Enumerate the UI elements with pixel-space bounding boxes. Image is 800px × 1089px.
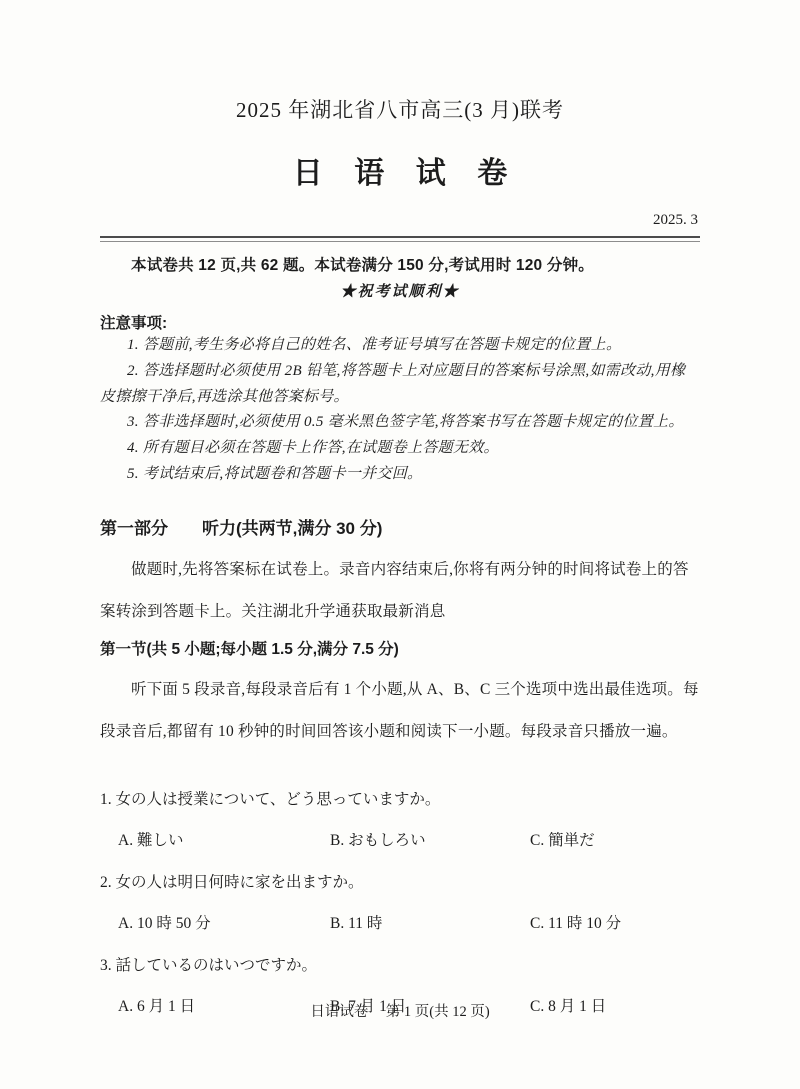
part1-title: 听力(共两节,满分 30 分) (202, 519, 382, 538)
question-1-option-b: B. おもしろい (330, 828, 530, 850)
question-1-options: A. 難しい B. おもしろい C. 簡単だ (100, 828, 700, 850)
notice-item-3: 3. 答非选择题时,必须使用 0.5 毫米黑色签字笔,将答案书写在答题卡规定的位… (100, 410, 700, 436)
section1-heading: 第一节(共 5 小题;每小题 1.5 分,满分 7.5 分) (100, 637, 700, 659)
header-divider (100, 236, 700, 242)
notice-item-5: 5. 考试结束后,将试题卷和答题卡一并交回。 (100, 462, 700, 488)
question-1-option-c: C. 簡単だ (530, 828, 700, 850)
notice-item-2: 2. 答选择题时必须使用 2B 铅笔,将答题卡上对应题目的答案标号涂黑,如需改动… (100, 359, 700, 411)
question-2-option-c: C. 11 時 10 分 (530, 911, 700, 933)
exam-paper-page: 2025 年湖北省八市高三(3 月)联考 日 语 试 卷 2025. 3 本试卷… (0, 0, 800, 1089)
notice-item-1: 1. 答题前,考生务必将自己的姓名、准考证号填写在答题卡规定的位置上。 (100, 333, 700, 359)
exam-summary: 本试卷共 12 页,共 62 题。本试卷满分 150 分,考试用时 120 分钟… (100, 253, 700, 275)
question-1-stem: 1. 女の人は授業について、どう思っていますか。 (100, 787, 700, 809)
exam-title: 2025 年湖北省八市高三(3 月)联考 (100, 94, 700, 124)
part1-label: 第一部分 (100, 519, 168, 538)
question-2-stem: 2. 女の人は明日何時に家を出ますか。 (100, 870, 700, 892)
footer-page-info: 第 1 页(共 12 页) (386, 1004, 490, 1020)
part1-intro: 做题时,先将答案标在试卷上。录音内容结束后,你将有两分钟的时间将试卷上的答案转涂… (100, 549, 700, 633)
notice-item-4: 4. 所有题目必须在答题卡上作答,在试题卷上答题无效。 (100, 436, 700, 462)
question-list: 1. 女の人は授業について、どう思っていますか。 A. 難しい B. おもしろい… (100, 787, 700, 1016)
footer-doc-name: 日语试卷 (310, 1004, 368, 1020)
question-3-stem: 3. 話しているのはいつですか。 (100, 953, 700, 975)
exam-wish-line: ★祝考试顺利★ (100, 280, 700, 301)
page-footer: 日语试卷第 1 页(共 12 页) (0, 1000, 800, 1021)
part1-heading: 第一部分听力(共两节,满分 30 分) (100, 514, 700, 539)
notice-heading: 注意事项: (100, 311, 700, 333)
exam-date: 2025. 3 (100, 212, 700, 229)
section1-intro: 听下面 5 段录音,每段录音后有 1 个小题,从 A、B、C 三个选项中选出最佳… (100, 669, 700, 753)
question-2-options: A. 10 時 50 分 B. 11 時 C. 11 時 10 分 (100, 911, 700, 933)
question-2-option-b: B. 11 時 (330, 911, 530, 933)
exam-subject-title: 日 语 试 卷 (100, 148, 700, 192)
question-2-option-a: A. 10 時 50 分 (118, 911, 330, 933)
question-1-option-a: A. 難しい (118, 828, 330, 850)
